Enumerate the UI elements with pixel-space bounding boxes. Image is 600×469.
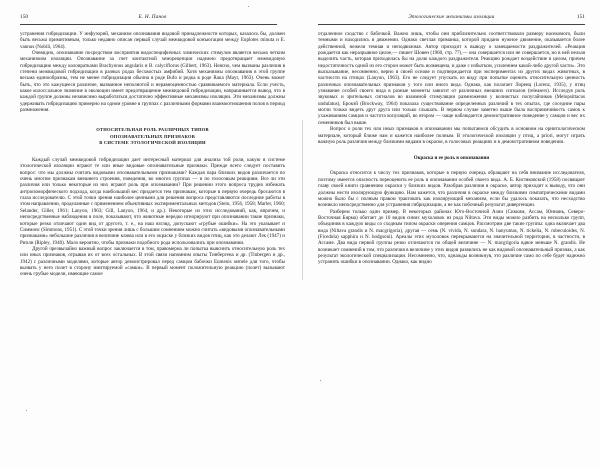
paragraph: устранения гибридизации. У инфузорий, ме…	[20, 31, 285, 50]
running-head-left: 150 Е. Н. Панов	[20, 14, 285, 24]
running-head-right: Этологические механизмы изоляции 151	[318, 14, 585, 24]
section-heading: Относительная роль различных типов опозн…	[20, 127, 285, 146]
subsection-heading: Окраска и ее роль в опознавании	[318, 156, 585, 162]
paragraph: Разберем только один пример. В некоторых…	[318, 209, 585, 266]
paragraph: Каждый случай межвидовой гибридизации да…	[20, 157, 285, 246]
book-spread: 150 Е. Н. Панов устранения гибридизации.…	[0, 0, 600, 469]
paragraph: Другой чрезвычайно важный вопрос заключа…	[20, 246, 285, 278]
right-page: Этологические механизмы изоляции 151 отд…	[318, 0, 585, 469]
right-page-body: отдаленное сходство с бабочкой. Важно ли…	[318, 31, 585, 266]
running-head-chapter: Этологические механизмы изоляции	[318, 14, 585, 20]
left-page: 150 Е. Н. Панов устранения гибридизации.…	[20, 0, 285, 469]
paragraph: Окраска относится к числу тех признаков,…	[318, 170, 585, 208]
header-rule	[20, 24, 277, 25]
header-rule	[318, 24, 585, 25]
section-heading-line: в системе этологической изоляции	[20, 140, 285, 146]
left-page-body: устранения гибридизации. У инфузорий, ме…	[20, 31, 285, 278]
running-head-author: Е. Н. Панов	[20, 14, 285, 20]
paragraph: Очевидно, опознавание посредством воспри…	[20, 50, 285, 113]
gutter-shadow	[302, 120, 303, 280]
paragraph: Вопрос о роли тех или иных признаков в о…	[318, 126, 585, 145]
paragraph: отдаленное сходство с бабочкой. Важно ли…	[318, 31, 585, 126]
page-number: 151	[577, 14, 585, 20]
